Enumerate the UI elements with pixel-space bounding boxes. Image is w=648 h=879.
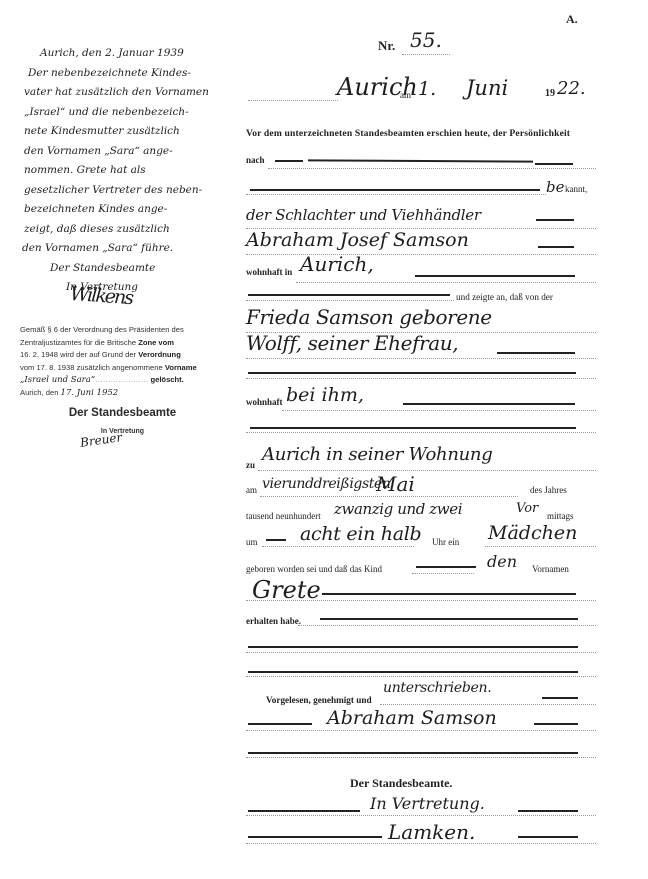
- geboren-label: geboren worden sei und daß das Kind: [246, 564, 382, 574]
- stamp-text: Vorname: [165, 363, 197, 372]
- correction-stamp: Gemäß § 6 der Verordnung des Präsidenten…: [20, 324, 220, 400]
- margin-note-line: Der Standesbeamte: [14, 259, 224, 279]
- margin-note: Aurich, den 2. Januar 1939 Der nebenbeze…: [14, 44, 224, 298]
- stamp-handwritten-date: 17. Juni 1952: [61, 388, 119, 398]
- informant-name: Abraham Josef Samson: [246, 229, 469, 251]
- stamp-title: Der Standesbeamte: [30, 407, 215, 419]
- margin-note-line: den Vornamen „Sara“ ange-: [14, 142, 224, 162]
- und-zeigte-label: und zeigte an, daß von der: [456, 292, 553, 302]
- nach-label: nach: [246, 155, 265, 165]
- vorgelesen-label: Vorgelesen, genehmigt und: [266, 695, 372, 705]
- birth-year-words: zwanzig und zwei: [334, 500, 462, 518]
- mother-line-1: Frieda Samson geborene: [246, 305, 492, 329]
- uhr-ein-label: Uhr ein: [432, 537, 459, 547]
- erhalten-label: erhalten habe.: [246, 616, 301, 626]
- des-jahres-label: des Jahres: [530, 485, 567, 495]
- registrar-vertretung: In Vertretung.: [370, 794, 485, 813]
- stamp-text: Aurich, den: [20, 388, 58, 397]
- date-am-label: am: [400, 90, 411, 100]
- stamp-handwritten-names: „Israel und Sara“: [20, 375, 95, 385]
- margin-note-line: bezeichneten Kindes ange-: [14, 200, 224, 220]
- margin-note-line: gesetzlicher Vertreter des neben-: [14, 181, 224, 201]
- stamp-text: gelöscht.: [150, 375, 183, 384]
- stamp-text: Zentraljustizamtes für die Britische: [20, 338, 136, 347]
- stamp-subtitle: In Vertretung: [30, 428, 215, 435]
- tausend-label: tausend neunhundert: [246, 511, 321, 521]
- stamp-text: vom 17. 8. 1938 zusätzlich angenommene: [20, 363, 163, 372]
- birth-place: Aurich in seiner Wohnung: [262, 444, 492, 465]
- birth-time: acht ein halb: [300, 523, 421, 545]
- margin-note-line: den Vornamen „Sara“ führe.: [14, 239, 224, 259]
- margin-note-line: nete Kindesmutter zusätzlich: [14, 122, 224, 142]
- den-handwritten: den: [487, 552, 517, 571]
- mittags-label: mittags: [547, 511, 574, 521]
- date-month: Juni: [466, 76, 508, 100]
- mother-residence: bei ihm,: [286, 384, 364, 406]
- number-value: 55.: [410, 28, 442, 52]
- stamp-text: 16. 2. 1948 wird der auf Grund der: [20, 350, 136, 359]
- wohnhaft-label: wohnhaft: [246, 397, 283, 407]
- birth-month: Mai: [376, 472, 415, 496]
- vornamen-label: Vornamen: [532, 564, 569, 574]
- margin-note-line: Der nebenbezeichnete Kindes-: [14, 64, 224, 84]
- registrar-signature: Lamken.: [388, 820, 475, 844]
- intro-text: Vor dem unterzeichneten Standesbeamten e…: [246, 128, 570, 139]
- margin-note-line: Aurich, den 2. Januar 1939: [14, 44, 224, 64]
- stamp-text: Zone vom: [138, 338, 174, 347]
- number-label: Nr.: [378, 38, 395, 54]
- bekannt-label: kannt,: [565, 184, 587, 194]
- margin-note-signature: Wilkens: [69, 283, 132, 309]
- um-label: um: [246, 537, 258, 547]
- mother-line-2: Wolff, seiner Ehefrau,: [246, 331, 458, 355]
- bekannt-handwritten: be: [546, 178, 564, 196]
- am-label: am: [246, 485, 257, 495]
- year-prefix: 19: [545, 88, 555, 99]
- informant-signature: Abraham Samson: [327, 707, 497, 729]
- margin-note-line: nommen. Grete hat als: [14, 161, 224, 181]
- informant-occupation: der Schlachter und Viehhändler: [246, 206, 481, 224]
- birth-day: vierunddreißigsten: [262, 476, 390, 492]
- wohnhaft-in-label: wohnhaft in: [246, 267, 292, 277]
- margin-note-line: „Israel“ und die nebenbezeich-: [14, 103, 224, 123]
- form-letter: A.: [566, 12, 578, 27]
- date-day: 1.: [418, 78, 436, 100]
- margin-note-line: zeigt, daß dieses zusätzlich: [14, 220, 224, 240]
- stamp-text: Gemäß § 6 der Verordnung des Präsidenten…: [20, 325, 184, 334]
- stamp-text: Verordnung: [138, 350, 181, 359]
- child-sex: Mädchen: [488, 522, 577, 544]
- unterschrieben-handwritten: unterschrieben.: [383, 680, 491, 696]
- zu-label: zu: [246, 460, 255, 470]
- margin-note-line: vater hat zusätzlich den Vornamen: [14, 83, 224, 103]
- vor-handwritten: Vor: [516, 501, 538, 516]
- informant-residence: Aurich,: [300, 252, 374, 276]
- year-suffix: 22.: [557, 78, 586, 99]
- registrar-heading: Der Standesbeamte.: [350, 776, 452, 791]
